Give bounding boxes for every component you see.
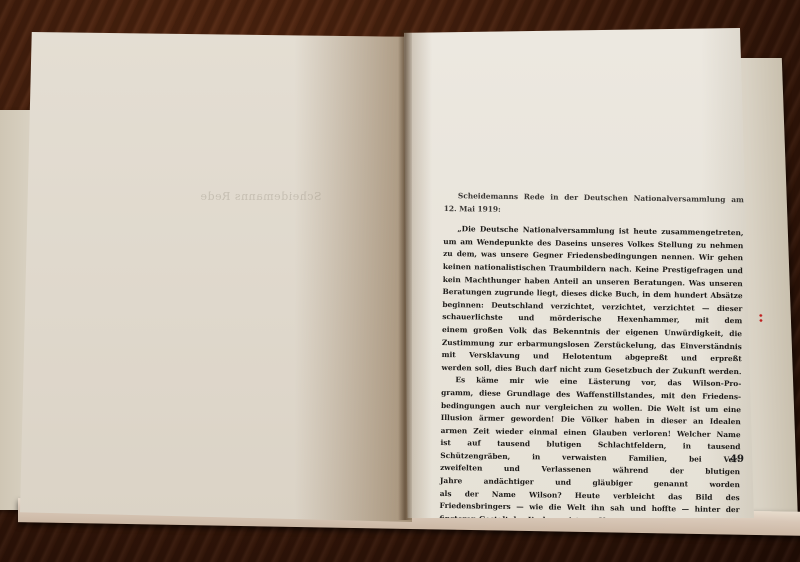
right-page: Scheidemanns Rede in der Deutschen Natio… bbox=[404, 28, 754, 518]
page-text-block: Scheidemanns Rede in der Deutschen Natio… bbox=[439, 190, 744, 555]
page-number: 49 bbox=[730, 454, 744, 465]
show-through-text: Scheidemanns Rede bbox=[200, 190, 322, 203]
red-marks bbox=[759, 313, 763, 323]
book-gutter bbox=[398, 30, 412, 520]
left-page: Scheidemanns Rede bbox=[20, 32, 412, 522]
